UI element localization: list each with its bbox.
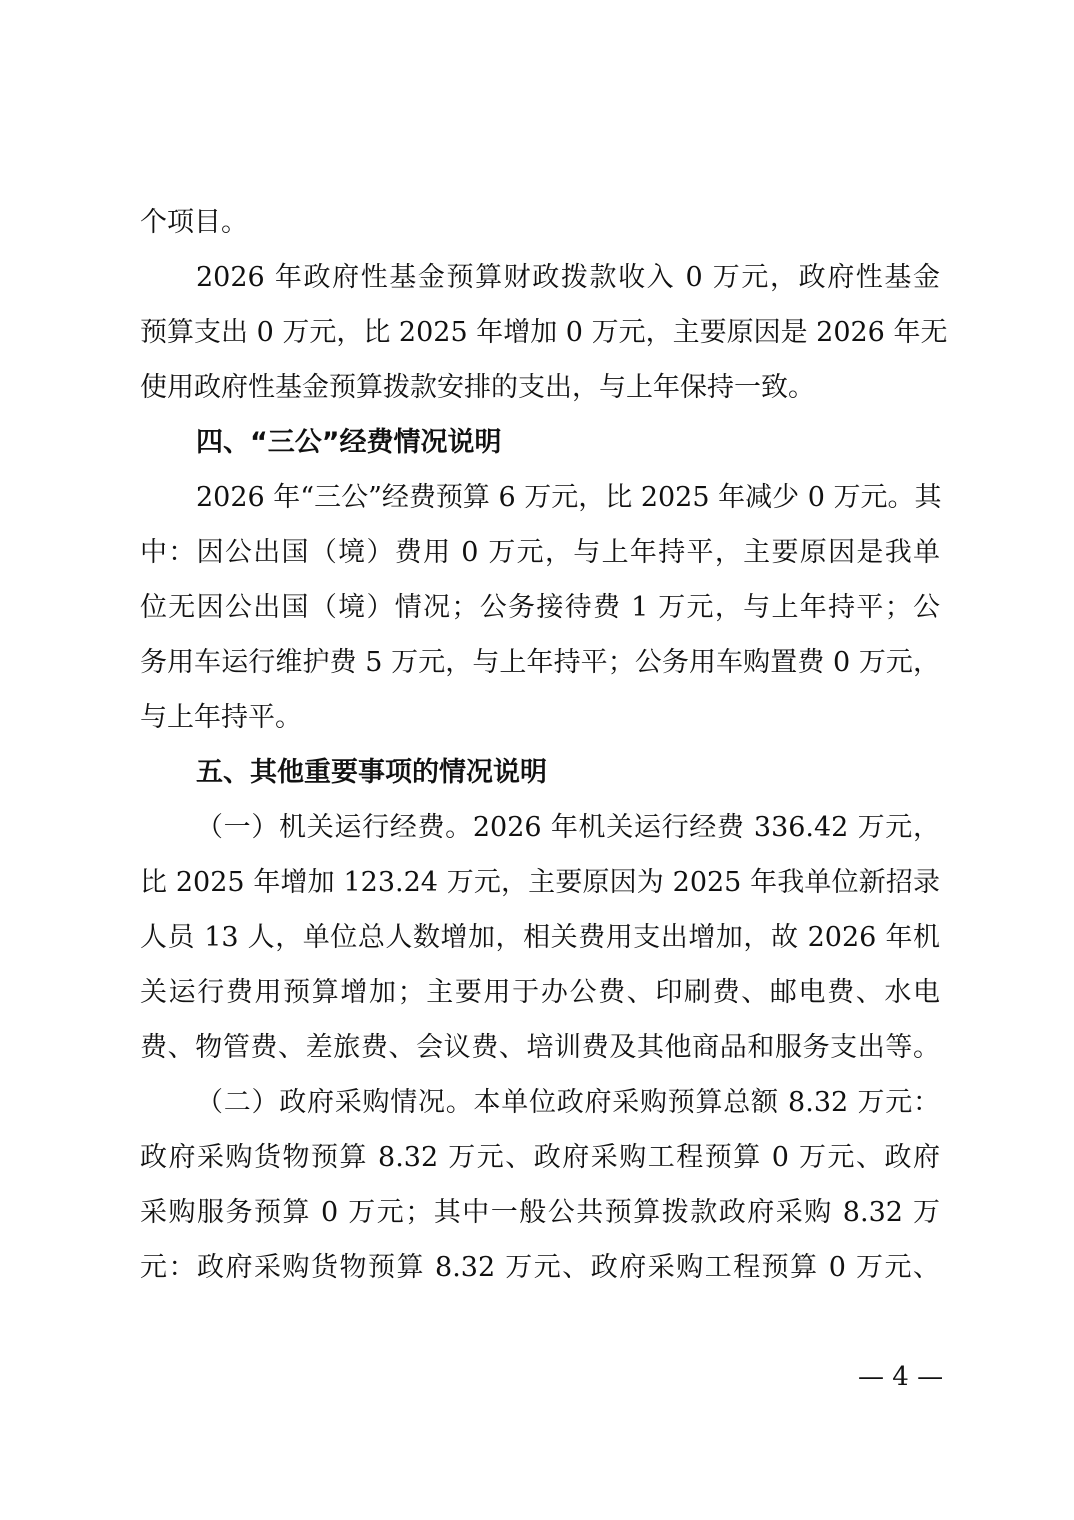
paragraph-line: 人员 13 人，单位总人数增加，相关费用支出增加，故 2026 年机: [140, 920, 940, 956]
paragraph-line: 关运行费用预算增加；主要用于办公费、印刷费、邮电费、水电: [140, 975, 940, 1011]
paragraph-line: 2026 年“三公”经费预算 6 万元，比 2025 年减少 0 万元。其: [196, 480, 940, 516]
document-page: 个项目。 2026 年政府性基金预算财政拨款收入 0 万元，政府性基金 预算支出…: [0, 0, 1074, 1520]
paragraph-line: （二）政府采购情况。本单位政府采购预算总额 8.32 万元：: [196, 1085, 940, 1121]
paragraph-line: 2026 年政府性基金预算财政拨款收入 0 万元，政府性基金: [196, 260, 940, 296]
paragraph-line: 个项目。: [140, 205, 940, 241]
paragraph-line: 使用政府性基金预算拨款安排的支出，与上年保持一致。: [140, 370, 940, 406]
paragraph-line: 位无因公出国（境）情况；公务接待费 1 万元，与上年持平；公: [140, 590, 940, 626]
paragraph-line: 务用车运行维护费 5 万元，与上年持平；公务用车购置费 0 万元，: [140, 645, 940, 681]
section-heading-other-matters: 五、其他重要事项的情况说明: [196, 755, 547, 791]
section-heading-three-public-expenses: 四、“三公”经费情况说明: [196, 425, 502, 461]
paragraph-line: 元：政府采购货物预算 8.32 万元、政府采购工程预算 0 万元、: [140, 1250, 940, 1286]
page-number: — 4 —: [858, 1360, 943, 1394]
paragraph-line: 比 2025 年增加 123.24 万元，主要原因为 2025 年我单位新招录: [140, 865, 940, 901]
paragraph-line: （一）机关运行经费。2026 年机关运行经费 336.42 万元，: [196, 810, 940, 846]
paragraph-line: 采购服务预算 0 万元；其中一般公共预算拨款政府采购 8.32 万: [140, 1195, 940, 1231]
paragraph-line: 中：因公出国（境）费用 0 万元，与上年持平，主要原因是我单: [140, 535, 940, 571]
paragraph-line: 政府采购货物预算 8.32 万元、政府采购工程预算 0 万元、政府: [140, 1140, 940, 1176]
paragraph-line: 预算支出 0 万元，比 2025 年增加 0 万元，主要原因是 2026 年无: [140, 315, 940, 351]
paragraph-line: 与上年持平。: [140, 700, 940, 736]
paragraph-line: 费、物管费、差旅费、会议费、培训费及其他商品和服务支出等。: [140, 1030, 940, 1066]
